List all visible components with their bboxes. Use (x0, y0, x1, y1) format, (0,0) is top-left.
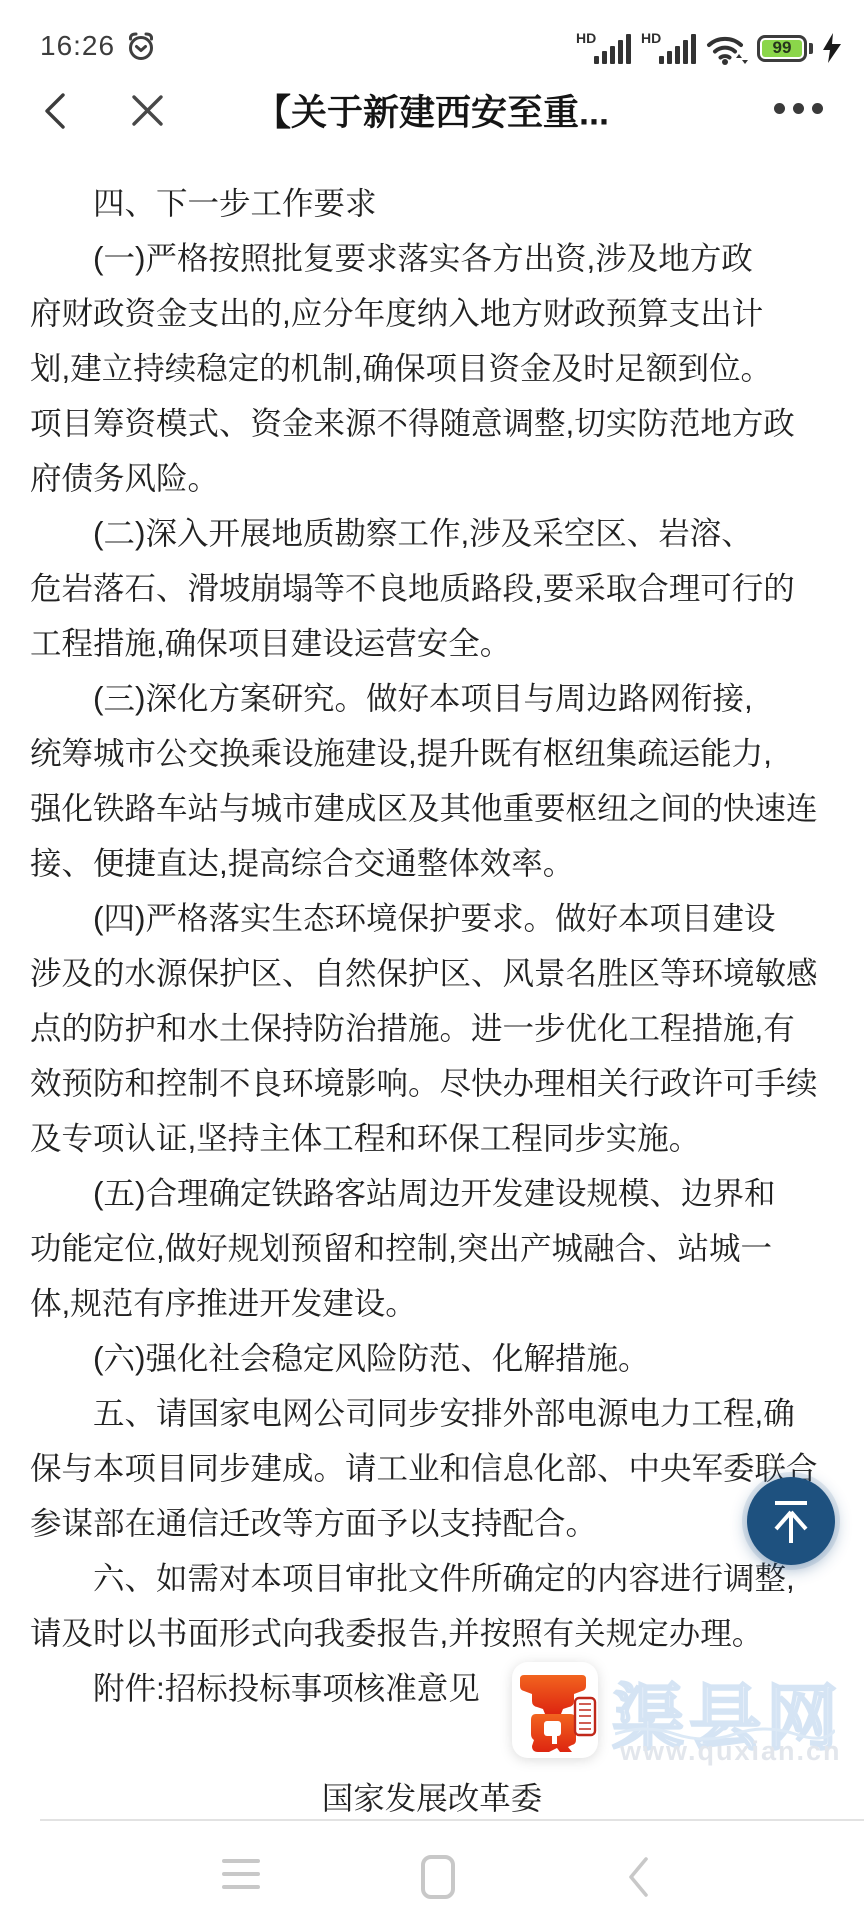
document-line: 危岩落石、滑坡崩塌等不良地质路段,要采取合理可行的 (30, 561, 834, 616)
close-icon[interactable] (131, 94, 164, 127)
document-line: 参谋部在通信迁改等方面予以支持配合。 (30, 1496, 834, 1551)
document-line: 涉及的水源保护区、自然保护区、风景名胜区等环境敏感 (30, 946, 834, 1001)
document-line: (五)合理确定铁路客站周边开发建设规模、边界和 (30, 1166, 834, 1221)
hd-volte-label: HD (641, 30, 661, 46)
document-line: (三)深化方案研究。做好本项目与周边路网衔接, (30, 671, 834, 726)
document-line: 接、便捷直达,提高综合交通整体效率。 (30, 836, 834, 891)
document-line: 点的防护和水土保持防治措施。进一步优化工程措施,有 (30, 1001, 834, 1056)
hd-volte-label: HD (576, 30, 596, 46)
more-menu-icon[interactable] (774, 103, 823, 114)
clock-time: 16:26 (40, 30, 115, 62)
document-body: 四、下一步工作要求 (一)严格按照批复要求落实各方出资,涉及地方政 府财政资金支… (30, 176, 834, 1826)
recents-menu-button[interactable] (222, 1859, 260, 1898)
document-line: 划,建立持续稳定的机制,确保项目资金及时足额到位。 (30, 341, 834, 396)
document-line: 项目筹资模式、资金来源不得随意调整,切实防范地方政 (30, 396, 834, 451)
document-line: 四、下一步工作要求 (30, 176, 834, 231)
document-line: 请及时以书面形式向我委报告,并按照有关规定办理。 (30, 1606, 834, 1661)
cellular-signal-icon-sim1: HD (576, 30, 632, 66)
document-line: 保与本项目同步建成。请工业和信息化部、中央军委联合 (30, 1441, 834, 1496)
back-to-top-button[interactable] (747, 1477, 835, 1565)
home-button[interactable] (421, 1855, 455, 1899)
page-title: 【关于新建西安至重... (255, 85, 609, 136)
nav-bar: 【关于新建西安至重... (0, 75, 864, 145)
document-line: 强化铁路车站与城市建成区及其他重要枢纽之间的快速连 (30, 781, 834, 836)
back-to-top-arrow-icon (768, 1497, 814, 1545)
document-line: (一)严格按照批复要求落实各方出资,涉及地方政 (30, 231, 834, 286)
document-line: 统筹城市公交换乘设施建设,提升既有枢纽集疏运能力, (30, 726, 834, 781)
document-line: (四)严格落实生态环境保护要求。做好本项目建设 (30, 891, 834, 946)
document-line: 五、请国家电网公司同步安排外部电源电力工程,确 (30, 1386, 834, 1441)
document-line: 效预防和控制不良环境影响。尽快办理相关行政许可手续 (30, 1056, 834, 1111)
wifi-icon (706, 30, 748, 66)
site-logo-icon (512, 1662, 598, 1758)
document-line: 功能定位,做好规划预留和控制,突出产城融合、站城一 (30, 1221, 834, 1276)
signature-line: 国家发展改革委 (30, 1771, 834, 1826)
back-icon[interactable] (42, 91, 68, 131)
document-line: 六、如需对本项目审批文件所确定的内容进行调整, (30, 1551, 834, 1606)
charging-bolt-icon (822, 33, 842, 63)
document-line: 体,规范有序推进开发建设。 (30, 1276, 834, 1331)
document-line: (六)强化社会稳定风险防范、化解措施。 (30, 1331, 834, 1386)
battery-percent: 99 (773, 38, 792, 58)
system-back-button[interactable] (627, 1855, 649, 1899)
watermark-site-url: www.quxian.cn (620, 1736, 842, 1767)
alarm-clock-icon (125, 30, 157, 62)
document-line: (二)深入开展地质勘察工作,涉及采空区、岩溶、 (30, 506, 834, 561)
document-line: 府财政资金支出的,应分年度纳入地方财政预算支出计 (30, 286, 834, 341)
document-line: 及专项认证,坚持主体工程和环保工程同步实施。 (30, 1111, 834, 1166)
phone-screen: { "status_bar": { "time": "16:26", "netw… (0, 0, 864, 1920)
battery-indicator: 99 (757, 35, 813, 62)
status-bar: 16:26 HD HD (0, 0, 864, 75)
content-bottom-divider (40, 1819, 864, 1821)
cellular-signal-icon-sim2: HD (641, 30, 697, 66)
document-line: 府债务风险。 (30, 451, 834, 506)
document-line: 工程措施,确保项目建设运营安全。 (30, 616, 834, 671)
